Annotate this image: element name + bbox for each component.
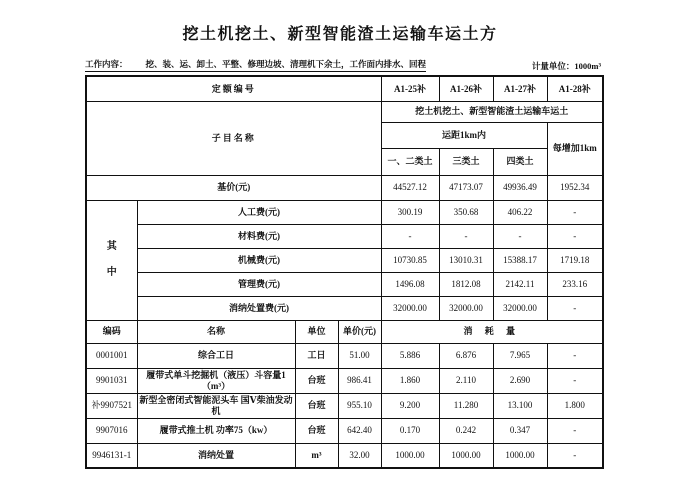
item-name: 履带式单斗挖掘机（液压）斗容量1（m³） xyxy=(137,368,295,393)
soil-type-4: 四类土 xyxy=(493,148,547,175)
name-header: 名称 xyxy=(137,320,295,343)
item-value: 1.860 xyxy=(381,368,439,393)
fee-value: 1496.08 xyxy=(381,272,439,296)
item-value: 1.800 xyxy=(547,393,603,418)
item-value: 1000.00 xyxy=(439,443,493,468)
fee-value: 15388.17 xyxy=(493,248,547,272)
extra-km-header: 每增加1km xyxy=(547,122,603,175)
item-value: 1000.00 xyxy=(381,443,439,468)
fee-value: 32000.00 xyxy=(493,296,547,320)
item-value: 1000.00 xyxy=(493,443,547,468)
base-price-value: 47173.07 xyxy=(439,175,493,200)
item-code: 9901031 xyxy=(86,368,137,393)
fee-row-disposal: 消纳处置费(元) 32000.00 32000.00 32000.00 - xyxy=(86,296,603,320)
consumption-header-row: 编码 名称 单位 单价(元) 消 耗 量 xyxy=(86,320,603,343)
item-value: 5.886 xyxy=(381,343,439,368)
item-value: 7.965 xyxy=(493,343,547,368)
item-value: 0.242 xyxy=(439,418,493,443)
work-content-text: 挖、装、运、卸土、平整、修理边坡、清理机下余土，工作面内排水、回程 xyxy=(146,59,427,69)
fee-value: 300.19 xyxy=(381,200,439,224)
fee-value: - xyxy=(381,224,439,248)
subitem-span-row: 子目名称 挖土机挖土、新型智能渣土运输车运土 xyxy=(86,101,603,122)
consumption-header: 消 耗 量 xyxy=(381,320,603,343)
fee-label: 消纳处置费(元) xyxy=(137,296,381,320)
fee-row-management: 管理费(元) 1496.08 1812.08 2142.11 233.16 xyxy=(86,272,603,296)
item-value: 0.170 xyxy=(381,418,439,443)
item-row: 0001001 综合工日 工日 51.00 5.886 6.876 7.965 … xyxy=(86,343,603,368)
item-unit: 工日 xyxy=(295,343,338,368)
item-value: 6.876 xyxy=(439,343,493,368)
item-name: 综合工日 xyxy=(137,343,295,368)
fee-row-machinery: 机械费(元) 10730.85 13010.31 15388.17 1719.1… xyxy=(86,248,603,272)
item-unit-price: 51.00 xyxy=(338,343,381,368)
item-value: - xyxy=(547,418,603,443)
item-unit: 台班 xyxy=(295,368,338,393)
fee-value: 13010.31 xyxy=(439,248,493,272)
base-price-row: 基价(元) 44527.12 47173.07 49936.49 1952.34 xyxy=(86,175,603,200)
soil-type-1-2: 一、二类土 xyxy=(381,148,439,175)
base-price-value: 1952.34 xyxy=(547,175,603,200)
fee-value: 233.16 xyxy=(547,272,603,296)
measure-unit-label: 计量单位：1000m³ xyxy=(532,60,601,72)
quota-code-a1-25: A1-25补 xyxy=(381,76,439,101)
item-value: 11.280 xyxy=(439,393,493,418)
fee-label: 管理费(元) xyxy=(137,272,381,296)
quota-table: 定额编号 A1-25补 A1-26补 A1-27补 A1-28补 子目名称 挖土… xyxy=(85,75,604,469)
among-label: 其中 xyxy=(106,234,118,286)
item-unit-price: 986.41 xyxy=(338,368,381,393)
item-name: 新型全密闭式智能泥头车 国Ⅴ柴油发动机 xyxy=(137,393,295,418)
item-name: 履带式推土机 功率75（kw） xyxy=(137,418,295,443)
code-header: 编码 xyxy=(86,320,137,343)
quota-code-a1-26: A1-26补 xyxy=(439,76,493,101)
item-unit: 台班 xyxy=(295,393,338,418)
item-value: - xyxy=(547,443,603,468)
unit-header: 单位 xyxy=(295,320,338,343)
item-value: 13.100 xyxy=(493,393,547,418)
work-content-line: 工作内容：挖、装、运、卸土、平整、修理边坡、清理机下余土，工作面内排水、回程 计… xyxy=(85,58,601,72)
item-code: 补9907521 xyxy=(86,393,137,418)
distance-header: 运距1km内 xyxy=(381,122,547,148)
item-code: 9946131-1 xyxy=(86,443,137,468)
item-value: 0.347 xyxy=(493,418,547,443)
fee-value: 1812.08 xyxy=(439,272,493,296)
fee-value: - xyxy=(439,224,493,248)
item-row: 9907016 履带式推土机 功率75（kw） 台班 642.40 0.170 … xyxy=(86,418,603,443)
subitem-name-label: 子目名称 xyxy=(86,101,381,175)
fee-value: - xyxy=(547,296,603,320)
work-content: 工作内容：挖、装、运、卸土、平整、修理边坡、清理机下余土，工作面内排水、回程 xyxy=(85,58,426,72)
fee-label: 人工费(元) xyxy=(137,200,381,224)
item-code: 9907016 xyxy=(86,418,137,443)
fee-label: 材料费(元) xyxy=(137,224,381,248)
item-value: 9.200 xyxy=(381,393,439,418)
fee-value: - xyxy=(547,224,603,248)
fee-row-material: 材料费(元) - - - - xyxy=(86,224,603,248)
item-name: 消纳处置 xyxy=(137,443,295,468)
quota-code-row: 定额编号 A1-25补 A1-26补 A1-27补 A1-28补 xyxy=(86,76,603,101)
quota-code-a1-28: A1-28补 xyxy=(547,76,603,101)
fee-value: 350.68 xyxy=(439,200,493,224)
fee-value: 10730.85 xyxy=(381,248,439,272)
item-unit: 台班 xyxy=(295,418,338,443)
fee-value: 1719.18 xyxy=(547,248,603,272)
item-unit: m³ xyxy=(295,443,338,468)
subitem-span-header: 挖土机挖土、新型智能渣土运输车运土 xyxy=(381,101,603,122)
item-row: 补9907521 新型全密闭式智能泥头车 国Ⅴ柴油发动机 台班 955.10 9… xyxy=(86,393,603,418)
fee-row-labor: 其中 人工费(元) 300.19 350.68 406.22 - xyxy=(86,200,603,224)
fee-label: 机械费(元) xyxy=(137,248,381,272)
item-unit-price: 955.10 xyxy=(338,393,381,418)
work-content-label: 工作内容： xyxy=(85,59,128,69)
item-unit-price: 642.40 xyxy=(338,418,381,443)
unit-price-header: 单价(元) xyxy=(338,320,381,343)
base-price-value: 44527.12 xyxy=(381,175,439,200)
quota-code-a1-27: A1-27补 xyxy=(493,76,547,101)
quota-code-label: 定额编号 xyxy=(86,76,381,101)
among-label-cell: 其中 xyxy=(86,200,137,320)
item-code: 0001001 xyxy=(86,343,137,368)
item-value: - xyxy=(547,368,603,393)
fee-value: - xyxy=(493,224,547,248)
fee-value: 32000.00 xyxy=(381,296,439,320)
fee-value: 2142.11 xyxy=(493,272,547,296)
item-value: - xyxy=(547,343,603,368)
item-unit-price: 32.00 xyxy=(338,443,381,468)
soil-type-3: 三类土 xyxy=(439,148,493,175)
item-value: 2.110 xyxy=(439,368,493,393)
fee-value: 32000.00 xyxy=(439,296,493,320)
item-row: 9946131-1 消纳处置 m³ 32.00 1000.00 1000.00 … xyxy=(86,443,603,468)
item-value: 2.690 xyxy=(493,368,547,393)
base-price-label: 基价(元) xyxy=(86,175,381,200)
document-page: 挖土机挖土、新型智能渣土运输车运土方 工作内容：挖、装、运、卸土、平整、修理边坡… xyxy=(0,0,680,478)
page-title: 挖土机挖土、新型智能渣土运输车运土方 xyxy=(0,0,680,44)
fee-value: 406.22 xyxy=(493,200,547,224)
base-price-value: 49936.49 xyxy=(493,175,547,200)
fee-value: - xyxy=(547,200,603,224)
item-row: 9901031 履带式单斗挖掘机（液压）斗容量1（m³） 台班 986.41 1… xyxy=(86,368,603,393)
